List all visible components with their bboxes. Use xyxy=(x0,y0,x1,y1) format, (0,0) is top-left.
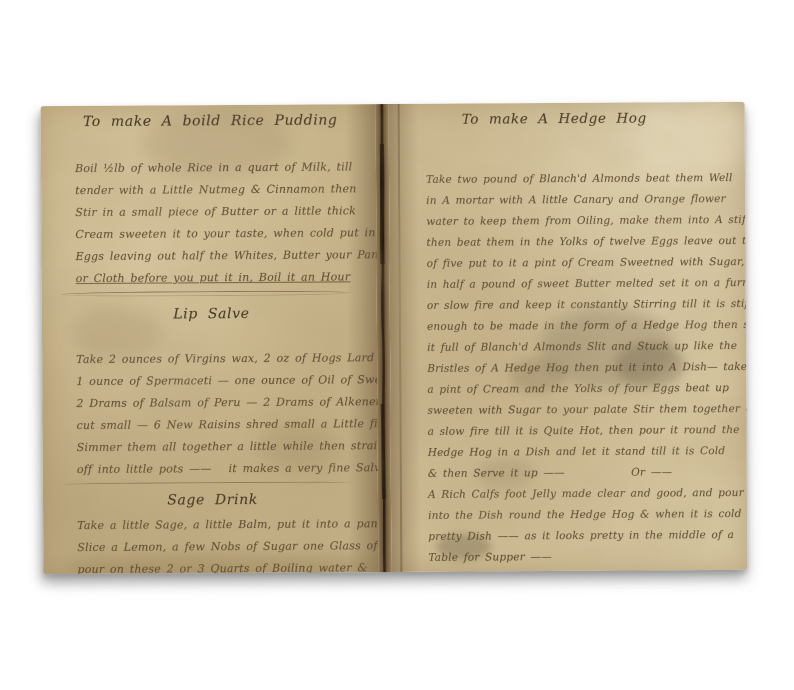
recipe-title: To make A boild Rice Pudding xyxy=(75,110,376,132)
manuscript-line: Cream sweeten it to your taste, when col… xyxy=(75,222,376,246)
manuscript-line: Table for Supper —— xyxy=(428,546,747,569)
recipe-section: Lip SalveTake 2 ounces of Virgins wax, 2… xyxy=(76,303,378,486)
manuscript-line: in half a pound of sweet Butter melted s… xyxy=(427,273,746,296)
manuscript-line: pretty Dish —— as it looks pretty in the… xyxy=(428,525,747,548)
recipe-section: Sage DrinkTake a little Sage, a little B… xyxy=(77,489,379,574)
manuscript-line: of five put to it a pint of Cream Sweetn… xyxy=(426,252,745,275)
manuscript-line: enough to be made in the form of a Hedge… xyxy=(427,315,746,338)
ink-rule xyxy=(62,290,351,297)
manuscript-line: Boil ½lb of whole Rice in a quart of Mil… xyxy=(75,156,376,180)
manuscript-line: & then Serve it up —— Or —— xyxy=(428,462,747,485)
manuscript-line: water to keep them from Oiling, make the… xyxy=(426,210,745,233)
manuscript-line: off into little pots —— it makes a very … xyxy=(77,457,378,481)
manuscript-line: cut small — 6 New Raisins shred small a … xyxy=(76,413,377,437)
right-page-text: To make A Hedge HogTake two pound of Bla… xyxy=(389,102,748,572)
manuscript-line: 1 ounce of Spermaceti — one ounce of Oil… xyxy=(76,369,377,393)
manuscript-line: Take two pound of Blanch'd Almonds beat … xyxy=(426,168,745,191)
manuscript-line: pour on these 2 or 3 Quarts of Boiling w… xyxy=(77,557,378,574)
manuscript-line: Take 2 ounces of Virgins wax, 2 oz of Ho… xyxy=(76,347,377,371)
manuscript-line: Slice a Lemon, a few Nobs of Sugar one G… xyxy=(77,535,378,559)
right-page: To make A Hedge HogTake two pound of Bla… xyxy=(389,102,748,572)
manuscript-line: Take a little Sage, a little Balm, put i… xyxy=(77,513,378,537)
left-page-text: To make A boild Rice PuddingBoil ½lb of … xyxy=(41,104,379,574)
manuscript-line: a slow fire till it is Quite Hot, then p… xyxy=(428,420,747,443)
recipe-section: To make A boild Rice PuddingBoil ½lb of … xyxy=(75,110,377,297)
ink-rule xyxy=(63,481,352,486)
manuscript-line: Stir in a small piece of Butter or a lit… xyxy=(75,200,376,224)
manuscript-line: in A mortar with A little Canary and Ora… xyxy=(426,189,745,212)
manuscript-line: it full of Blanch'd Almonds Slit and Stu… xyxy=(427,336,746,359)
manuscript-line: Eggs leaving out half the Whites, Butter… xyxy=(75,244,376,268)
manuscript-line: tender with a Little Nutmeg & Cinnamon t… xyxy=(75,178,376,202)
manuscript-line: A Rich Calfs foot Jelly made clear and g… xyxy=(428,483,747,506)
recipe-title: Sage Drink xyxy=(77,489,378,511)
recipe-title: To make A Hedge Hog xyxy=(426,108,745,130)
manuscript-line: Hedge Hog in a Dish and let it stand til… xyxy=(428,441,747,464)
manuscript-book: To make A boild Rice PuddingBoil ½lb of … xyxy=(41,102,748,574)
manuscript-line: into the Dish round the Hedge Hog & when… xyxy=(428,504,747,527)
manuscript-line: or slow fire and keep it constantly Stir… xyxy=(427,294,746,317)
manuscript-line: then beat them in the Yolks of twelve Eg… xyxy=(426,231,745,254)
manuscript-line: 2 Drams of Balsam of Peru — 2 Drams of A… xyxy=(76,391,377,415)
recipe-section: To make A Hedge HogTake two pound of Bla… xyxy=(426,108,748,569)
manuscript-line: Bristles of A Hedge Hog then put it into… xyxy=(427,357,746,380)
manuscript-line: sweeten with Sugar to your palate Stir t… xyxy=(427,399,746,422)
recipe-title: Lip Salve xyxy=(76,303,377,325)
manuscript-line: a pint of Cream and the Yolks of four Eg… xyxy=(427,378,746,401)
left-page: To make A boild Rice PuddingBoil ½lb of … xyxy=(41,104,379,574)
photo-background: To make A boild Rice PuddingBoil ½lb of … xyxy=(0,0,794,690)
manuscript-line: or Cloth before you put it in, Boil it a… xyxy=(76,266,377,290)
manuscript-line: Simmer them all together a little while … xyxy=(77,435,378,459)
